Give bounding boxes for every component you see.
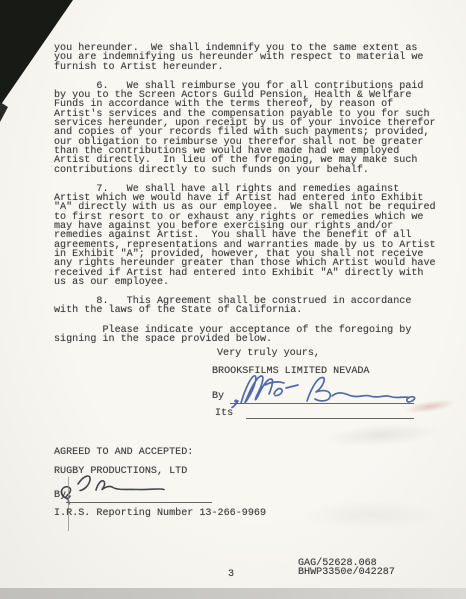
its-line (246, 418, 414, 419)
corner-speck (0, 102, 8, 122)
brooksfilms-signature-ink (224, 370, 422, 408)
page-number: 3 (228, 570, 234, 579)
its-label: Its (215, 409, 233, 418)
contract-body: you hereunder. We shall indemnify you to… (54, 44, 436, 354)
paragraph-6: 6. We shall reimburse you for all contri… (54, 82, 436, 175)
scanned-document-page: you hereunder. We shall indemnify you to… (0, 0, 466, 599)
irs-reporting-number: I.R.S. Reporting Number 13-266-9969 (54, 509, 266, 518)
paragraph-7: 7. We shall have all rights and remedies… (54, 185, 436, 287)
scan-smudge (300, 500, 440, 530)
valediction: Very truly yours, (217, 349, 320, 358)
agreed-accepted-label: AGREED TO AND ACCEPTED: (54, 448, 193, 457)
scanner-edge-band (0, 588, 466, 599)
document-reference-codes: GAG/52628.068 BHWP3350e/042287 (298, 559, 395, 578)
by-label: By (212, 392, 224, 401)
scan-smudge (324, 420, 440, 450)
rugby-signature-ink (56, 472, 186, 506)
paragraph-8: 8. This Agreement shall be construed in … (54, 297, 436, 316)
paper-crease-line (68, 477, 69, 531)
paragraph-continuation: you hereunder. We shall indemnify you to… (54, 44, 436, 72)
paragraph-acceptance-request: Please indicate your acceptance of the f… (54, 326, 436, 345)
